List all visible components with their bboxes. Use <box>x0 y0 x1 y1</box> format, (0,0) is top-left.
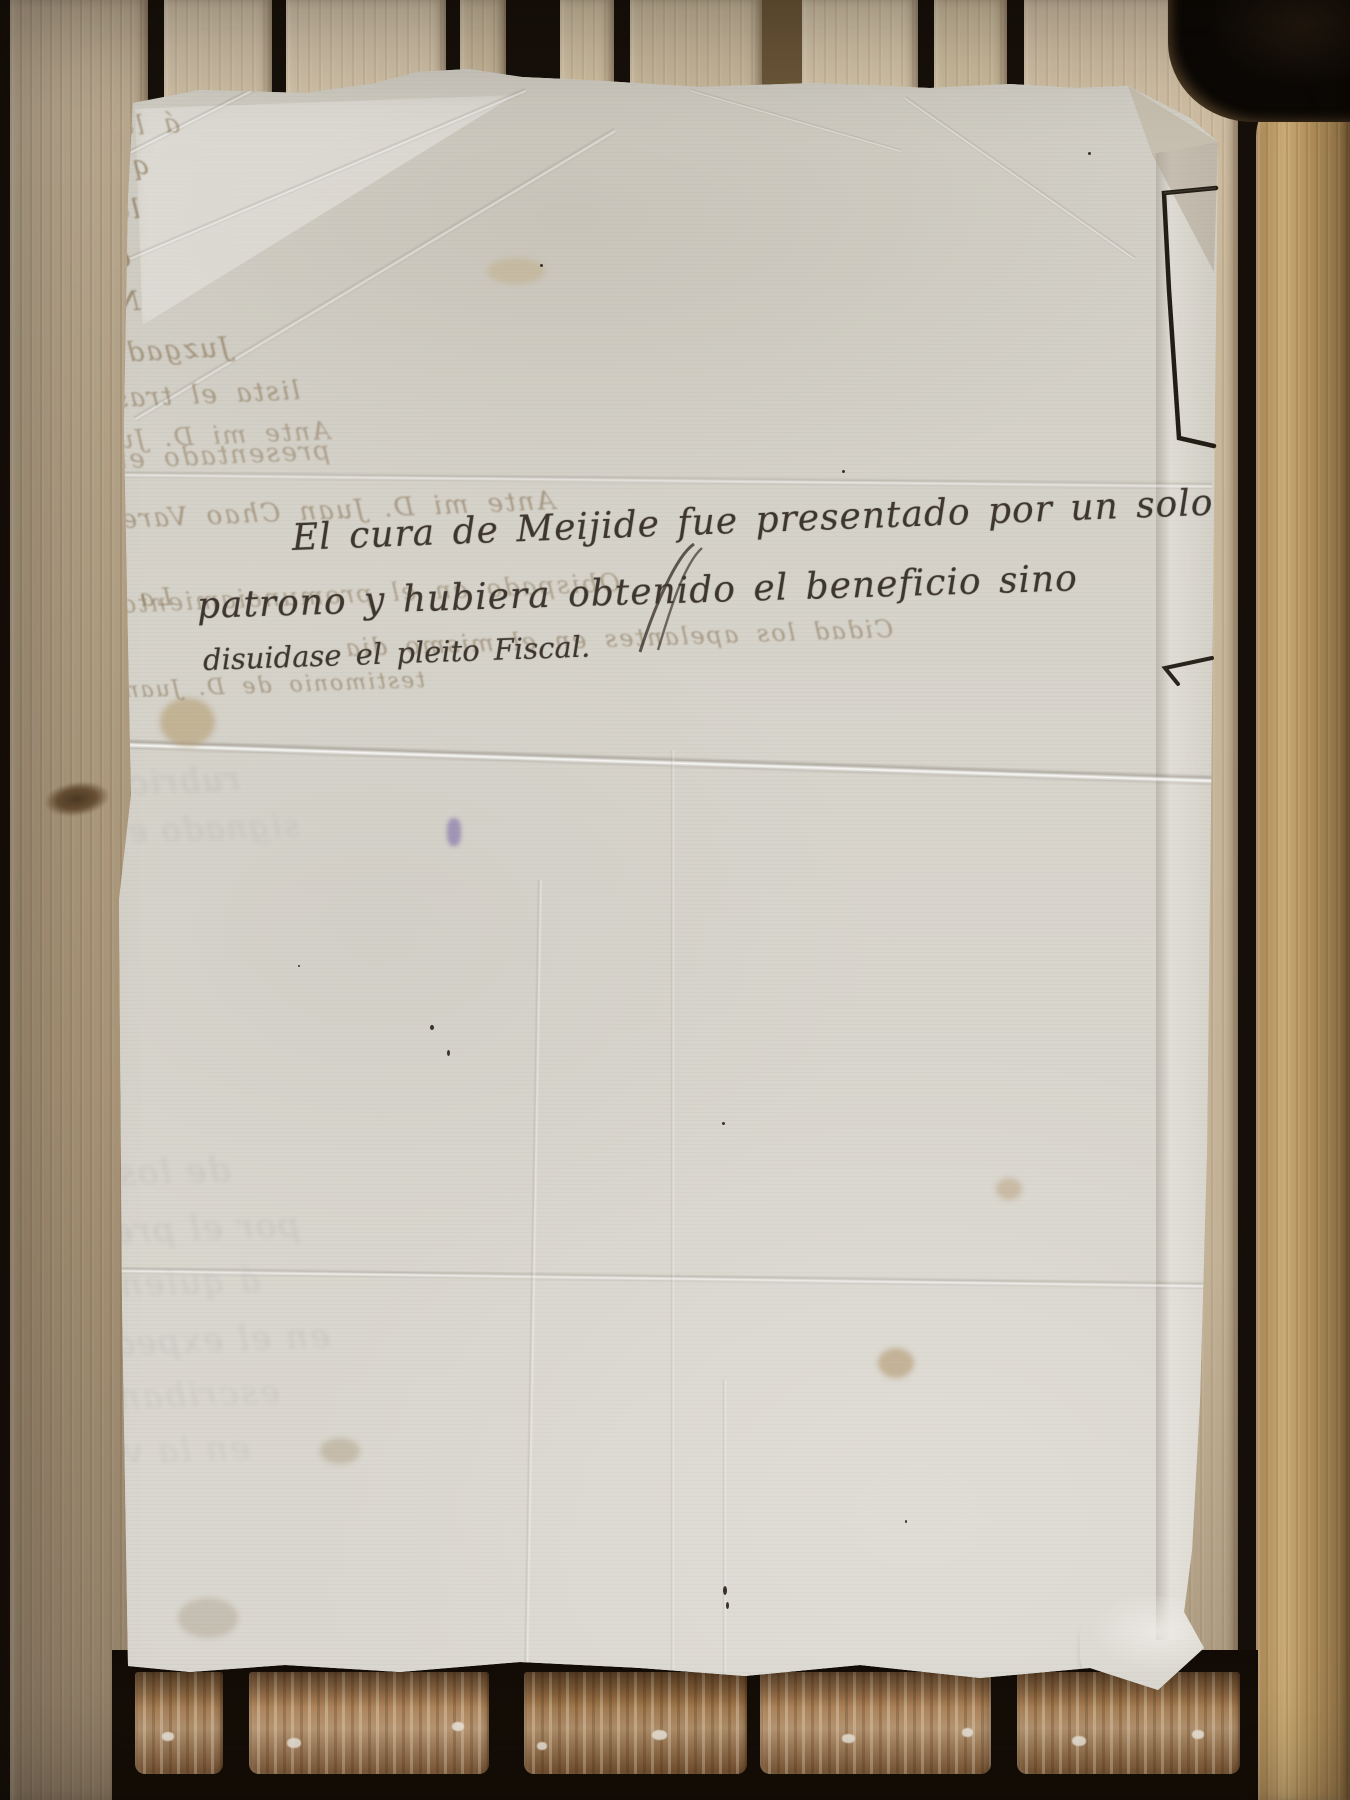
paper-sheen <box>135 95 515 325</box>
stain <box>996 1178 1022 1200</box>
paper-crease <box>903 96 1136 262</box>
paper-crease <box>122 470 1212 490</box>
ink-flourish <box>618 538 713 658</box>
paper-crease <box>722 1380 727 1680</box>
ink-speck <box>722 1122 725 1125</box>
stain <box>487 258 545 284</box>
paint-drip <box>652 1730 667 1740</box>
stain <box>878 1348 914 1378</box>
ink-speck <box>1088 152 1091 155</box>
handwritten-line: disuidase el pleito Fiscal. <box>202 626 683 677</box>
paint-drip <box>1072 1736 1086 1746</box>
paint-drip <box>842 1734 855 1743</box>
paper-document: á los vnos se verá á los fines y resulta… <box>0 0 1350 1800</box>
paint-drip <box>287 1738 301 1748</box>
ink-speck <box>726 1602 729 1609</box>
stain <box>320 1438 360 1464</box>
ink-speck <box>298 965 300 967</box>
ink-smudge-purple <box>447 818 461 846</box>
paper-crease <box>120 1266 1210 1290</box>
paint-drip <box>1192 1730 1204 1739</box>
ink-speck <box>540 264 543 267</box>
ink-speck <box>842 470 845 473</box>
paint-drip <box>162 1732 174 1741</box>
ink-speck <box>723 1586 727 1595</box>
stain <box>178 1598 238 1638</box>
ink-speck <box>430 1025 434 1030</box>
stain <box>160 698 215 746</box>
paper-fold-crease <box>120 738 1215 786</box>
wood-plank <box>1256 85 1350 1800</box>
wire-fastener-small <box>1150 646 1228 694</box>
ink-speck <box>447 1050 450 1056</box>
crate-bottom-slats <box>112 1650 1258 1800</box>
wire-fastener <box>1150 178 1234 468</box>
paint-drip <box>537 1742 547 1750</box>
paint-drip <box>962 1728 973 1737</box>
photo-of-manuscript: á los vnos se verá á los fines y resulta… <box>0 0 1350 1800</box>
ink-speck <box>905 1520 907 1523</box>
paper-crease <box>689 88 902 153</box>
paper-crease <box>670 750 675 1670</box>
paint-drip <box>452 1722 464 1731</box>
